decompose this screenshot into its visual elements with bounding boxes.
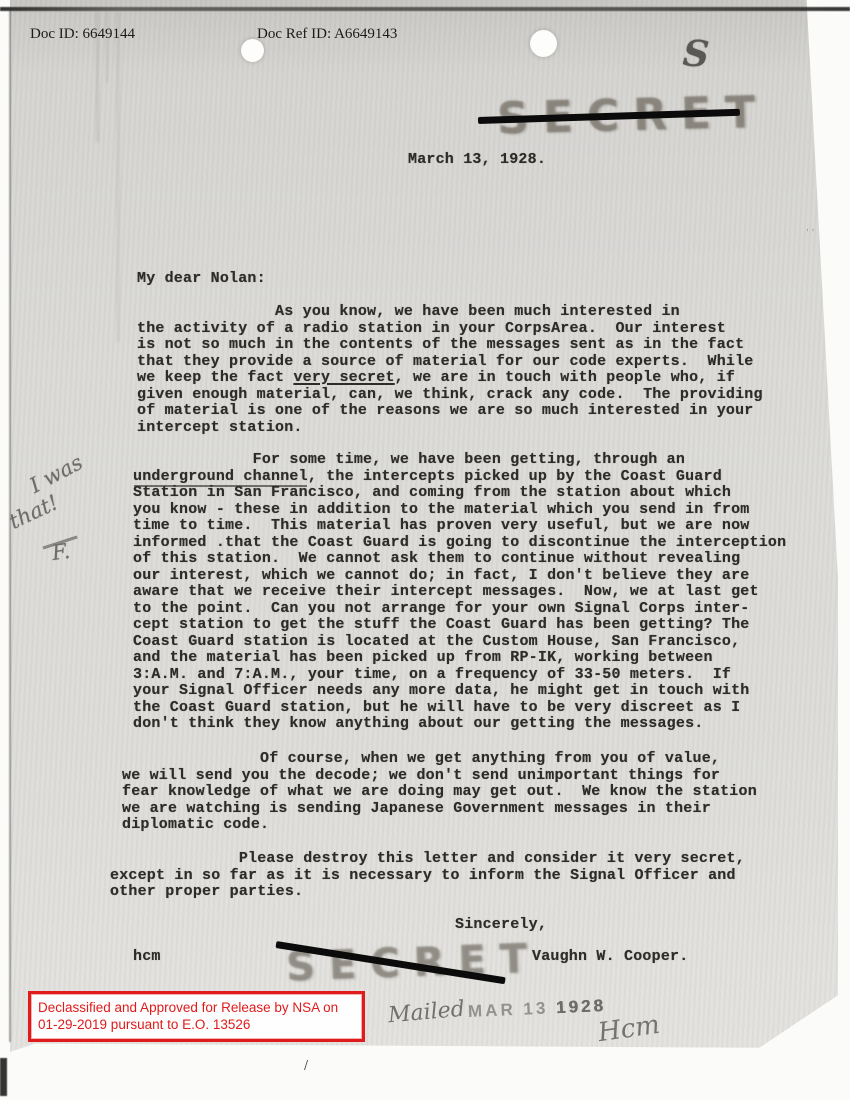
paragraph-2: For some time, we have been getting, thr…	[133, 452, 786, 733]
paragraph-2-text: For some time, we have been getting, thr…	[133, 451, 685, 468]
mailed-stamp-month-day: MAR 13	[468, 999, 549, 1021]
paragraph-1: As you know, we have been much intereste…	[137, 304, 763, 436]
mailed-stamp-year: 1928	[556, 996, 607, 1017]
handwritten-s-mark: S	[682, 32, 711, 76]
letter-date: March 13, 1928.	[408, 152, 546, 169]
paragraph-4: Please destroy this letter and consider …	[110, 851, 745, 901]
signature-name: Vaughn W. Cooper.	[532, 949, 688, 966]
salutation: My dear Nolan:	[137, 271, 266, 288]
hole-punch-icon	[530, 30, 557, 57]
declassification-line2: 01-29-2019 pursuant to E.O. 13526	[38, 1016, 356, 1033]
scan-edge-line-left	[9, 10, 11, 1042]
closing: Sincerely,	[455, 917, 547, 934]
paper-crease	[116, 12, 120, 342]
scan-edge-mark-bottom-left	[0, 1058, 7, 1096]
scan-edge-line-top	[0, 7, 850, 11]
paragraph-1-underlined-phrase: very secret	[293, 369, 394, 386]
stray-pen-mark: /	[304, 1058, 308, 1072]
typist-initials: hcm	[133, 949, 161, 966]
doc-id: Doc ID: 6649144	[30, 26, 135, 43]
scanned-letter-page: Doc ID: 6649144 Doc Ref ID: A6649143 S S…	[0, 0, 850, 1100]
paragraph-2-text: , the intercepts picked up by the Coast …	[133, 468, 786, 733]
faint-edge-marks: , ,	[806, 222, 814, 233]
paper-crease	[106, 12, 108, 82]
declassification-notice: Declassified and Approved for Release by…	[28, 991, 365, 1042]
paragraph-2-underlined-phrase: underground channel	[133, 468, 308, 485]
declassification-line1: Declassified and Approved for Release by…	[38, 999, 356, 1016]
doc-ref-id: Doc Ref ID: A6649143	[257, 26, 397, 43]
paragraph-3: Of course, when we get anything from you…	[122, 751, 757, 834]
